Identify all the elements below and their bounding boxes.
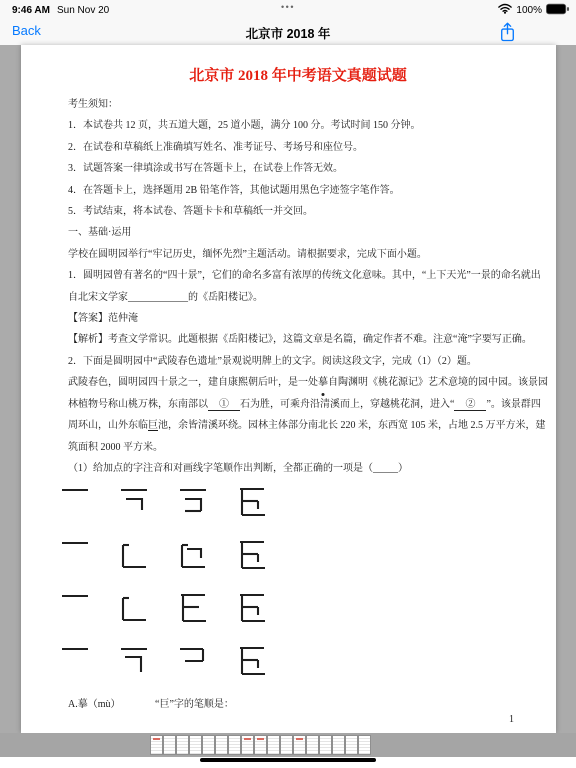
status-bar: 9:46 AM Sun Nov 20 ••• 100% [0,0,576,20]
stroke-row [58,641,548,679]
stroke-row [58,535,548,573]
option-a-label: A.摹（mù） [68,699,121,710]
exam-notice-item-5: 5．考试结束，将本试卷、答题卡卡和草稿纸一并交回。 [68,201,548,222]
thumbnail-red-text-mark [153,738,160,740]
home-indicator[interactable] [200,758,376,762]
stroke-step-ju [235,482,269,520]
exam-notice-item-4: 4．在答题卡上，选择题用 2B 铅笔作答，其他试题用黑色字迹签字笔作答。 [68,180,548,201]
page-thumbnail[interactable] [255,736,266,754]
page-thumbnail[interactable] [281,736,292,754]
stroke-step-cl [117,535,151,573]
page-thumbnail[interactable] [177,736,188,754]
question-1-analysis: 【解析】考查文学常识。此题根据《岳阳楼记》，这篇文章是名篇，确定作者不难。注意“… [68,329,548,350]
section-intro: 学校在圆明园举行“牢记历史，缅怀先烈”主题活动。请根据要求，完成下面小题。 [68,244,548,265]
share-icon [499,21,516,43]
stroke-step-tm [176,641,210,679]
stroke-step-cli [176,535,210,573]
section-heading: 一、基础·运用 [68,222,548,243]
status-center-dots: ••• [0,2,576,12]
share-button[interactable] [499,21,516,48]
page-thumbnail[interactable] [320,736,331,754]
document-scroll-area[interactable]: 北京市 2018 年中考语文真题试题 考生须知： 1．本试卷共 12 页，共五道… [0,45,576,733]
stroke-step-h [58,588,92,626]
page-thumbnail[interactable] [359,736,370,754]
page-thumbnail[interactable] [307,736,318,754]
nav-title: 北京市 2018 年 [0,24,576,42]
question-1-answer: 【答案】范仲淹 [68,308,548,329]
thumbnail-red-text-mark [244,738,251,740]
stroke-step-h [58,535,92,573]
stroke-step-e3 [176,588,210,626]
thumbnail-bar [0,733,576,757]
stroke-step-hz [117,482,151,520]
stroke-step-hz2 [117,641,151,679]
exam-title: 北京市 2018 年中考语文真题试题 [48,67,548,85]
option-a-line: A.摹（mù） “巨”字的笔顺是： [68,694,548,715]
battery-icon [546,3,570,18]
stroke-row [58,588,548,626]
thumbnail-red-text-mark [296,738,303,740]
page-thumbnail[interactable] [190,736,201,754]
page-thumbnail[interactable] [151,736,162,754]
question-2-intro: 2．下面是圆明园中“武陵春色遗址”景观说明牌上的文字。阅读这段文字，完成（1）（… [68,351,548,372]
stroke-step-ju [235,535,269,573]
page-thumbnail[interactable] [203,736,214,754]
wifi-icon [498,3,512,17]
stroke-step-kou [176,482,210,520]
stroke-step-h [58,641,92,679]
stroke-order-figure [58,482,548,679]
thumbnail-strip [151,736,370,754]
emphasis-dot: 摹 [318,372,328,393]
page-thumbnail[interactable] [268,736,279,754]
battery-percent: 100% [516,5,542,16]
stroke-caption: “巨”字的笔顺是： [155,699,234,710]
page-thumbnail[interactable] [294,736,305,754]
emphasis-blank: ② [454,399,486,411]
page-thumbnail[interactable] [346,736,357,754]
emphasis-blank: ① [208,399,240,411]
question-2-passage: 武陵春色，圆明园四十景之一，建自康熙朝后叶，是一处摹自陶渊明《桃花源记》艺术意境… [68,372,548,458]
page-thumbnail[interactable] [229,736,240,754]
stroke-step-ju [235,588,269,626]
question-2-sub1: （1）给加点的字注音和对画线字笔顺作出判断，全都正确的一项是（_____） [68,458,548,479]
stroke-step-ju [235,641,269,679]
status-right: 100% [498,0,570,20]
emphasis-underline: 巨 [148,420,158,431]
stroke-row [58,482,548,520]
exam-notice-item-1: 1．本试卷共 12 页，共五道大题，25 道小题，满分 100 分。考试时间 1… [68,115,548,136]
document-page: 北京市 2018 年中考语文真题试题 考生须知： 1．本试卷共 12 页，共五道… [21,45,556,733]
stroke-step-h [58,482,92,520]
page-thumbnail[interactable] [164,736,175,754]
exam-notice-item-2: 2．在试卷和草稿纸上准确填写姓名、准考证号、考场号和座位号。 [68,137,548,158]
page-thumbnail[interactable] [242,736,253,754]
exam-notice-item-3: 3．试题答案一律填涂或书写在答题卡上，在试卷上作答无效。 [68,158,548,179]
page-thumbnail[interactable] [216,736,227,754]
nav-bar: Back 北京市 2018 年 [0,20,576,45]
page-number: 1 [509,714,514,725]
thumbnail-red-text-mark [257,738,264,740]
stroke-step-cl [117,588,151,626]
page-thumbnail[interactable] [333,736,344,754]
question-1: 1．圆明园曾有著名的“四十景”，它们的命名多富有浓厚的传统文化意味。其中，“上下… [68,265,548,308]
exam-notice-heading: 考生须知： [68,94,548,115]
